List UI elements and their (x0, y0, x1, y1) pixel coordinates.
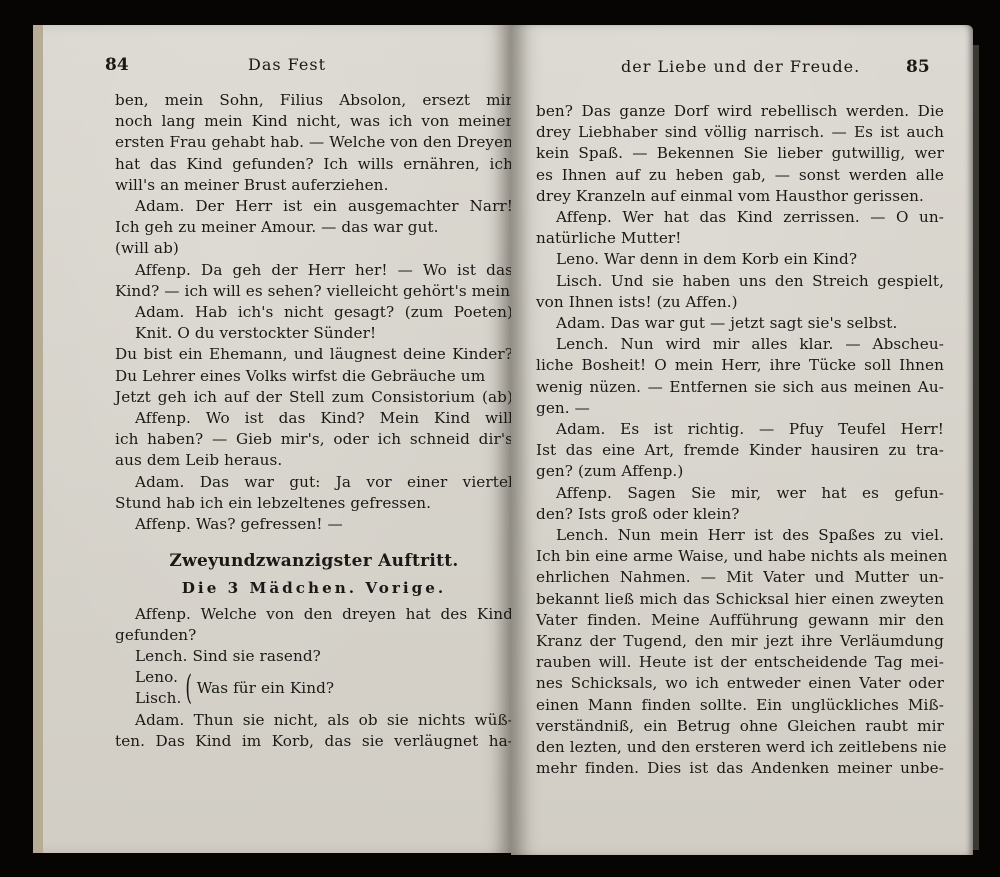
verse-line: Du Lehrer eines Volks wirfst die Gebräuc… (115, 366, 513, 387)
speech-line: Lench. Nun mein Herr ist des Spaßes zu v… (536, 525, 944, 546)
text-line: gen? (zum Affenp.) (536, 461, 944, 482)
speech-line: Lench. Nun wird mir alles klar. — Absche… (536, 334, 944, 355)
speech-line: Lench. Sind sie rasend? (115, 646, 513, 667)
joint-speech-text: Was für ein Kind? (197, 678, 334, 699)
text-line: ich haben? — Gieb mir's, oder ich schnei… (115, 429, 513, 450)
running-head-right: der Liebe und der Freude. (621, 57, 860, 76)
speech-line: Adam. Hab ich's nicht gesagt? (zum Poete… (115, 302, 513, 323)
text-line: einen Mann finden sollte. Ein unglücklic… (536, 695, 944, 716)
joint-speech: Leno. Lisch. ( Was für ein Kind? (115, 667, 513, 709)
brace-speakers: Leno. Lisch. (135, 667, 181, 709)
speech-line: Affenp. Wer hat das Kind zerrissen. — O … (536, 207, 944, 228)
left-page: 84 Das Fest ben, mein Sohn, Filius Absol… (33, 25, 511, 853)
text-line: ehrlichen Nahmen. — Mit Vater und Mutter… (536, 567, 944, 588)
text-line: Ich bin eine arme Waise, und habe nichts… (536, 546, 944, 567)
text-line: nes Schicksals, wo ich entweder einen Va… (536, 673, 944, 694)
speech-line: Affenp. Was? gefressen! — (115, 514, 513, 535)
speech-line: Knit. O du verstockter Sünder! (115, 323, 513, 344)
text-line: Stund hab ich ein lebzeltenes gefressen. (115, 493, 513, 514)
text-line: es Ihnen auf zu heben gab, — sonst werde… (536, 165, 944, 186)
text-line: ten. Das Kind im Korb, das sie verläugne… (115, 731, 513, 752)
speech-line: Adam. Das war gut — jetzt sagt sie's sel… (536, 313, 944, 334)
scene-cast: Die 3 Mädchen. Vorige. (115, 578, 513, 599)
text-line: ben, mein Sohn, Filius Absolon, ersezt m… (115, 90, 513, 111)
text-line: Kranz der Tugend, den mir jezt ihre Verl… (536, 631, 944, 652)
text-line: Vater finden. Meine Aufführung gewann mi… (536, 610, 944, 631)
text-line: bekannt ließ mich das Schicksal hier ein… (536, 589, 944, 610)
speech-line: Adam. Das war gut: Ja vor einer viertel (115, 472, 513, 493)
speaker-name: Lisch. (135, 688, 181, 709)
text-line: von Ihnen ists! (zu Affen.) (536, 292, 944, 313)
speech-line: Adam. Thun sie nicht, als ob sie nichts … (115, 710, 513, 731)
text-line: den lezten, und den ersteren werd ich ze… (536, 737, 944, 758)
speech-line: Affenp. Da geh der Herr her! — Wo ist da… (115, 260, 513, 281)
text-line: Ich geh zu meiner Amour. — das war gut. (115, 217, 513, 238)
text-line: drey Kranzeln auf einmal vom Hausthor ge… (536, 186, 944, 207)
running-head-left: Das Fest (248, 55, 326, 74)
speech-line: Affenp. Welche von den dreyen hat des Ki… (115, 604, 513, 625)
text-line: verständniß, ein Betrug ohne Gleichen ra… (536, 716, 944, 737)
text-line: mehr finden. Dies ist das Andenken meine… (536, 758, 944, 779)
speech-line: Lisch. Und sie haben uns den Streich ges… (536, 271, 944, 292)
open-book: 84 Das Fest ben, mein Sohn, Filius Absol… (33, 25, 978, 855)
text-line: natürliche Mutter! (536, 228, 944, 249)
text-line: hat das Kind gefunden? Ich wills ernähre… (115, 154, 513, 175)
speech-line: Adam. Es ist richtig. — Pfuy Teufel Herr… (536, 419, 944, 440)
verse-line: Du bist ein Ehemann, und läugnest deine … (115, 344, 513, 365)
speech-line: Adam. Der Herr ist ein ausgemachter Narr… (115, 196, 513, 217)
left-page-text: ben, mein Sohn, Filius Absolon, ersezt m… (115, 90, 513, 752)
text-line: kein Spaß. — Bekennen Sie lieber gutwill… (536, 143, 944, 164)
text-line: gefunden? (115, 625, 513, 646)
text-line: noch lang mein Kind nicht, was ich von m… (115, 111, 513, 132)
text-line: ben? Das ganze Dorf wird rebellisch werd… (536, 101, 944, 122)
text-line: drey Liebhaber sind völlig narrisch. — E… (536, 122, 944, 143)
text-line: aus dem Leib heraus. (115, 450, 513, 471)
right-page: der Liebe und der Freude. 85 ben? Das ga… (511, 25, 973, 855)
text-line: gen. — (536, 398, 944, 419)
stage-direction: (will ab) (115, 238, 513, 259)
text-line: rauben will. Heute ist der entscheidende… (536, 652, 944, 673)
speech-line: Affenp. Wo ist das Kind? Mein Kind will (115, 408, 513, 429)
text-line: den? Ists groß oder klein? (536, 504, 944, 525)
text-line: liche Bosheit! O mein Herr, ihre Tücke s… (536, 355, 944, 376)
right-page-text: ben? Das ganze Dorf wird rebellisch werd… (536, 101, 944, 780)
text-line: ersten Frau gehabt hab. — Welche von den… (115, 132, 513, 153)
text-line: Ist das eine Art, fremde Kinder hausiren… (536, 440, 944, 461)
verse-line: Jetzt geh ich auf der Stell zum Consisto… (115, 387, 513, 408)
text-line: wenig nüzen. — Entfernen sie sich aus me… (536, 377, 944, 398)
speech-line: Affenp. Sagen Sie mir, wer hat es gefun- (536, 483, 944, 504)
speaker-name: Leno. (135, 667, 181, 688)
brace-icon: ( (186, 671, 193, 705)
text-line: will's an meiner Brust auferziehen. (115, 175, 513, 196)
speech-line: Leno. War denn in dem Korb ein Kind? (536, 249, 944, 270)
page-number-left: 84 (105, 55, 129, 75)
text-line: Kind? — ich will es sehen? vielleicht ge… (115, 281, 513, 302)
scene-heading: Zweyundzwanzigster Auftritt. (115, 551, 513, 572)
page-number-right: 85 (906, 57, 930, 77)
